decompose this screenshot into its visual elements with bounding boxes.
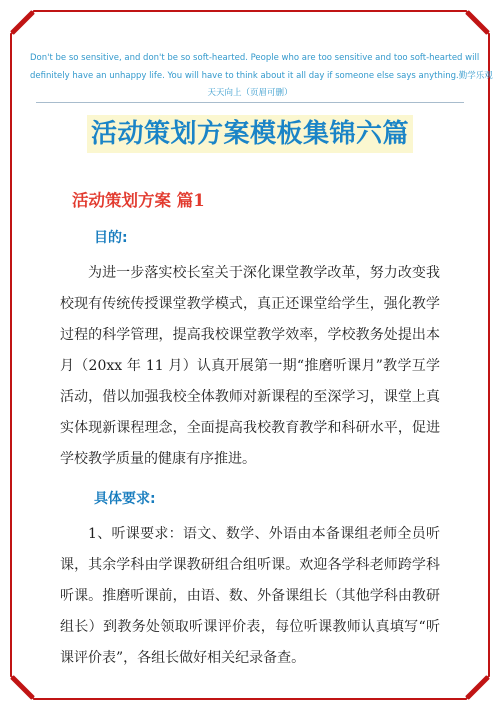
paragraph-purpose: 为进一步落实校长室关于深化课堂教学改革，努力改变我校现有传统传授课堂教学模式，真…	[60, 258, 440, 475]
subsection-label-purpose: 目的:	[94, 228, 440, 248]
document-title: 活动策划方案模板集锦六篇	[0, 112, 500, 153]
paragraph-requirements: 1、听课要求：语文、数学、外语由本备课组老师全员听课，其余学科由学课教研组合组听…	[60, 519, 440, 674]
section-heading: 活动策划方案 篇1	[72, 190, 440, 212]
header-divider	[36, 102, 464, 103]
header-quote-line-2: definitely have an unhappy life. You wil…	[30, 68, 470, 86]
subsection-label-requirements: 具体要求:	[94, 489, 440, 509]
header-quote: Don't be so sensitive, and don't be so s…	[30, 50, 470, 103]
header-quote-line-1: Don't be so sensitive, and don't be so s…	[30, 50, 470, 68]
document-body: 活动策划方案 篇1 目的: 为进一步落实校长室关于深化课堂教学改革，努力改变我校…	[60, 190, 440, 688]
document-page: Don't be so sensitive, and don't be so s…	[0, 0, 500, 708]
header-quote-line-3: 天天向上（页眉可删）	[30, 85, 470, 103]
document-title-text: 活动策划方案模板集锦六篇	[87, 115, 413, 153]
